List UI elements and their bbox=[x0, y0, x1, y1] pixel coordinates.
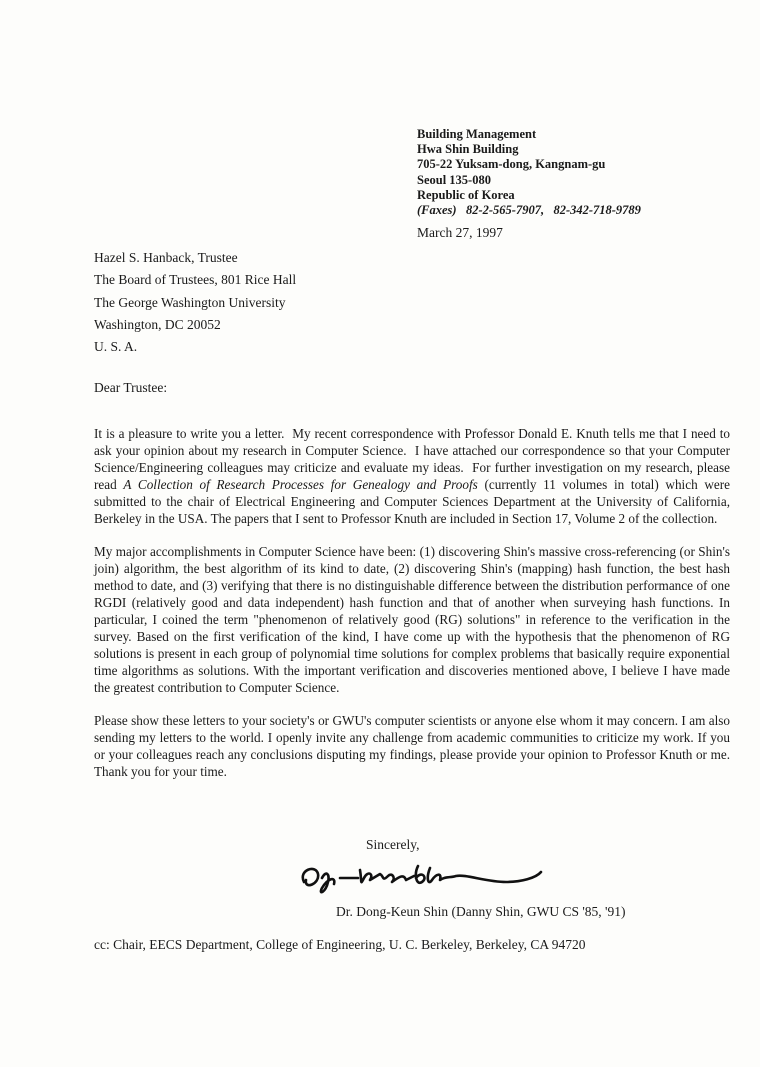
sender-address-block: Building Management Hwa Shin Building 70… bbox=[417, 127, 641, 218]
sender-line: Hwa Shin Building bbox=[417, 142, 641, 157]
recipient-line: The George Washington University bbox=[94, 292, 296, 314]
sender-line: Seoul 135-080 bbox=[417, 173, 641, 188]
recipient-address-block: Hazel S. Hanback, Trustee The Board of T… bbox=[94, 247, 296, 358]
letter-body: It is a pleasure to write you a letter. … bbox=[94, 425, 730, 796]
sender-line: Republic of Korea bbox=[417, 188, 641, 203]
paragraph-intro: It is a pleasure to write you a letter. … bbox=[94, 425, 730, 527]
sender-fax-line: (Faxes) 82-2-565-7907, 82-342-718-9789 bbox=[417, 203, 641, 218]
closing: Sincerely, bbox=[366, 837, 419, 853]
recipient-line: U. S. A. bbox=[94, 336, 296, 358]
fax-label: (Faxes) bbox=[417, 203, 457, 217]
book-title: A Collection of Research Processes for G… bbox=[123, 477, 477, 492]
salutation: Dear Trustee: bbox=[94, 380, 167, 396]
paragraph-request: Please show these letters to your societ… bbox=[94, 712, 730, 780]
sender-line: 705-22 Yuksam-dong, Kangnam-gu bbox=[417, 157, 641, 172]
recipient-line: Hazel S. Hanback, Trustee bbox=[94, 247, 296, 269]
cc-line: cc: Chair, EECS Department, College of E… bbox=[94, 937, 585, 953]
handwritten-signature bbox=[296, 852, 546, 902]
paragraph-accomplishments: My major accomplishments in Computer Sci… bbox=[94, 543, 730, 696]
signer-name: Dr. Dong-Keun Shin (Danny Shin, GWU CS '… bbox=[336, 904, 625, 920]
letter-date: March 27, 1997 bbox=[417, 225, 503, 241]
fax-numbers: 82-2-565-7907, 82-342-718-9789 bbox=[466, 203, 641, 217]
recipient-line: Washington, DC 20052 bbox=[94, 314, 296, 336]
sender-line: Building Management bbox=[417, 127, 641, 142]
recipient-line: The Board of Trustees, 801 Rice Hall bbox=[94, 269, 296, 291]
